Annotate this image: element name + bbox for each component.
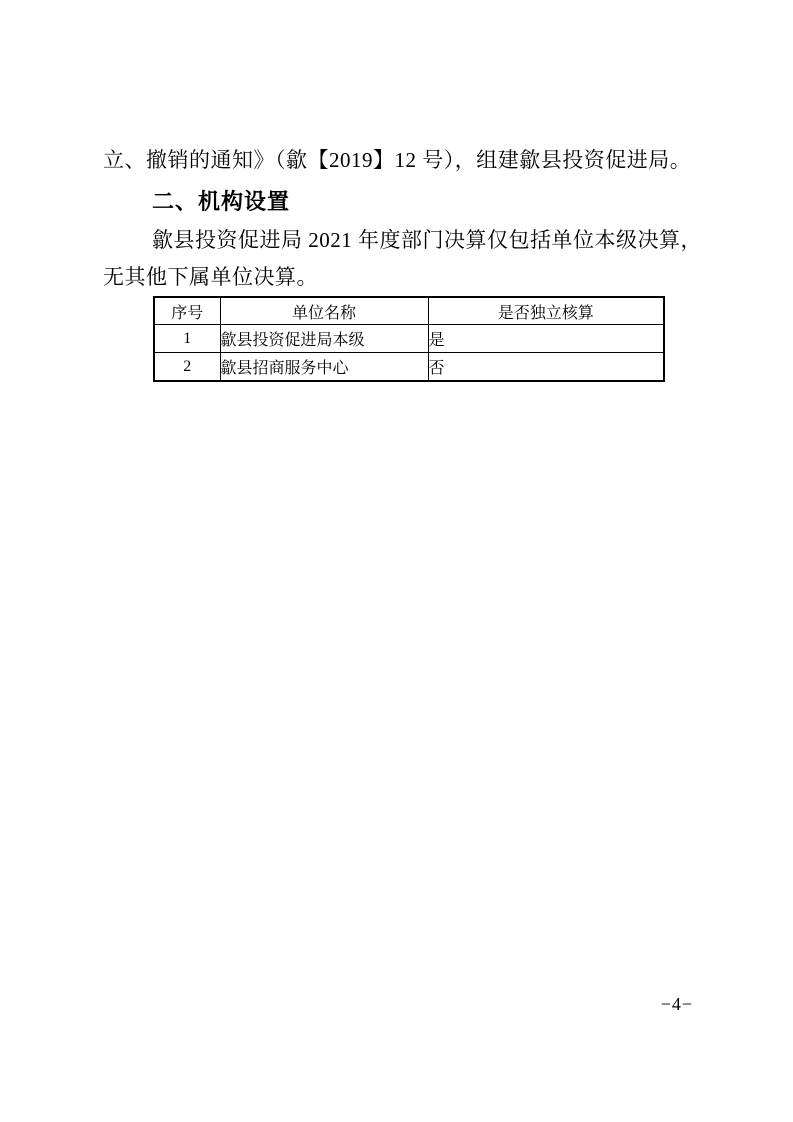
table-header-independent-accounting: 是否独立核算 — [428, 297, 664, 325]
cell-independent-accounting: 否 — [428, 353, 664, 382]
cell-independent-accounting: 是 — [428, 325, 664, 353]
paragraph-line-2: 无其他下属单位决算。 — [103, 265, 318, 289]
paragraph-line-1: 歙县投资促进局 2021 年度部门决算仅包括单位本级决算， — [152, 228, 702, 252]
page-number: −4− — [661, 994, 693, 1014]
unit-overview-table: 序号 单位名称 是否独立核算 1 歙县投资促进局本级 是 2 歙县招商服务中心 … — [153, 296, 665, 382]
cell-unit-name: 歙县投资促进局本级 — [220, 325, 428, 353]
cell-row-no: 2 — [154, 353, 220, 382]
document-page: 立、撤销的通知》（歙【2019】12 号），组建歙县投资促进局。 二、机构设置 … — [0, 0, 793, 1122]
table-row: 2 歙县招商服务中心 否 — [154, 353, 664, 382]
table-header-unit-name: 单位名称 — [220, 297, 428, 325]
table-header-row: 序号 单位名称 是否独立核算 — [154, 297, 664, 325]
table-row: 1 歙县投资促进局本级 是 — [154, 325, 664, 353]
paragraph-continuation: 立、撤销的通知》（歙【2019】12 号），组建歙县投资促进局。 — [103, 148, 691, 172]
cell-row-no: 1 — [154, 325, 220, 353]
table-header-no: 序号 — [154, 297, 220, 325]
cell-unit-name: 歙县招商服务中心 — [220, 353, 428, 382]
section-heading: 二、机构设置 — [152, 189, 290, 214]
